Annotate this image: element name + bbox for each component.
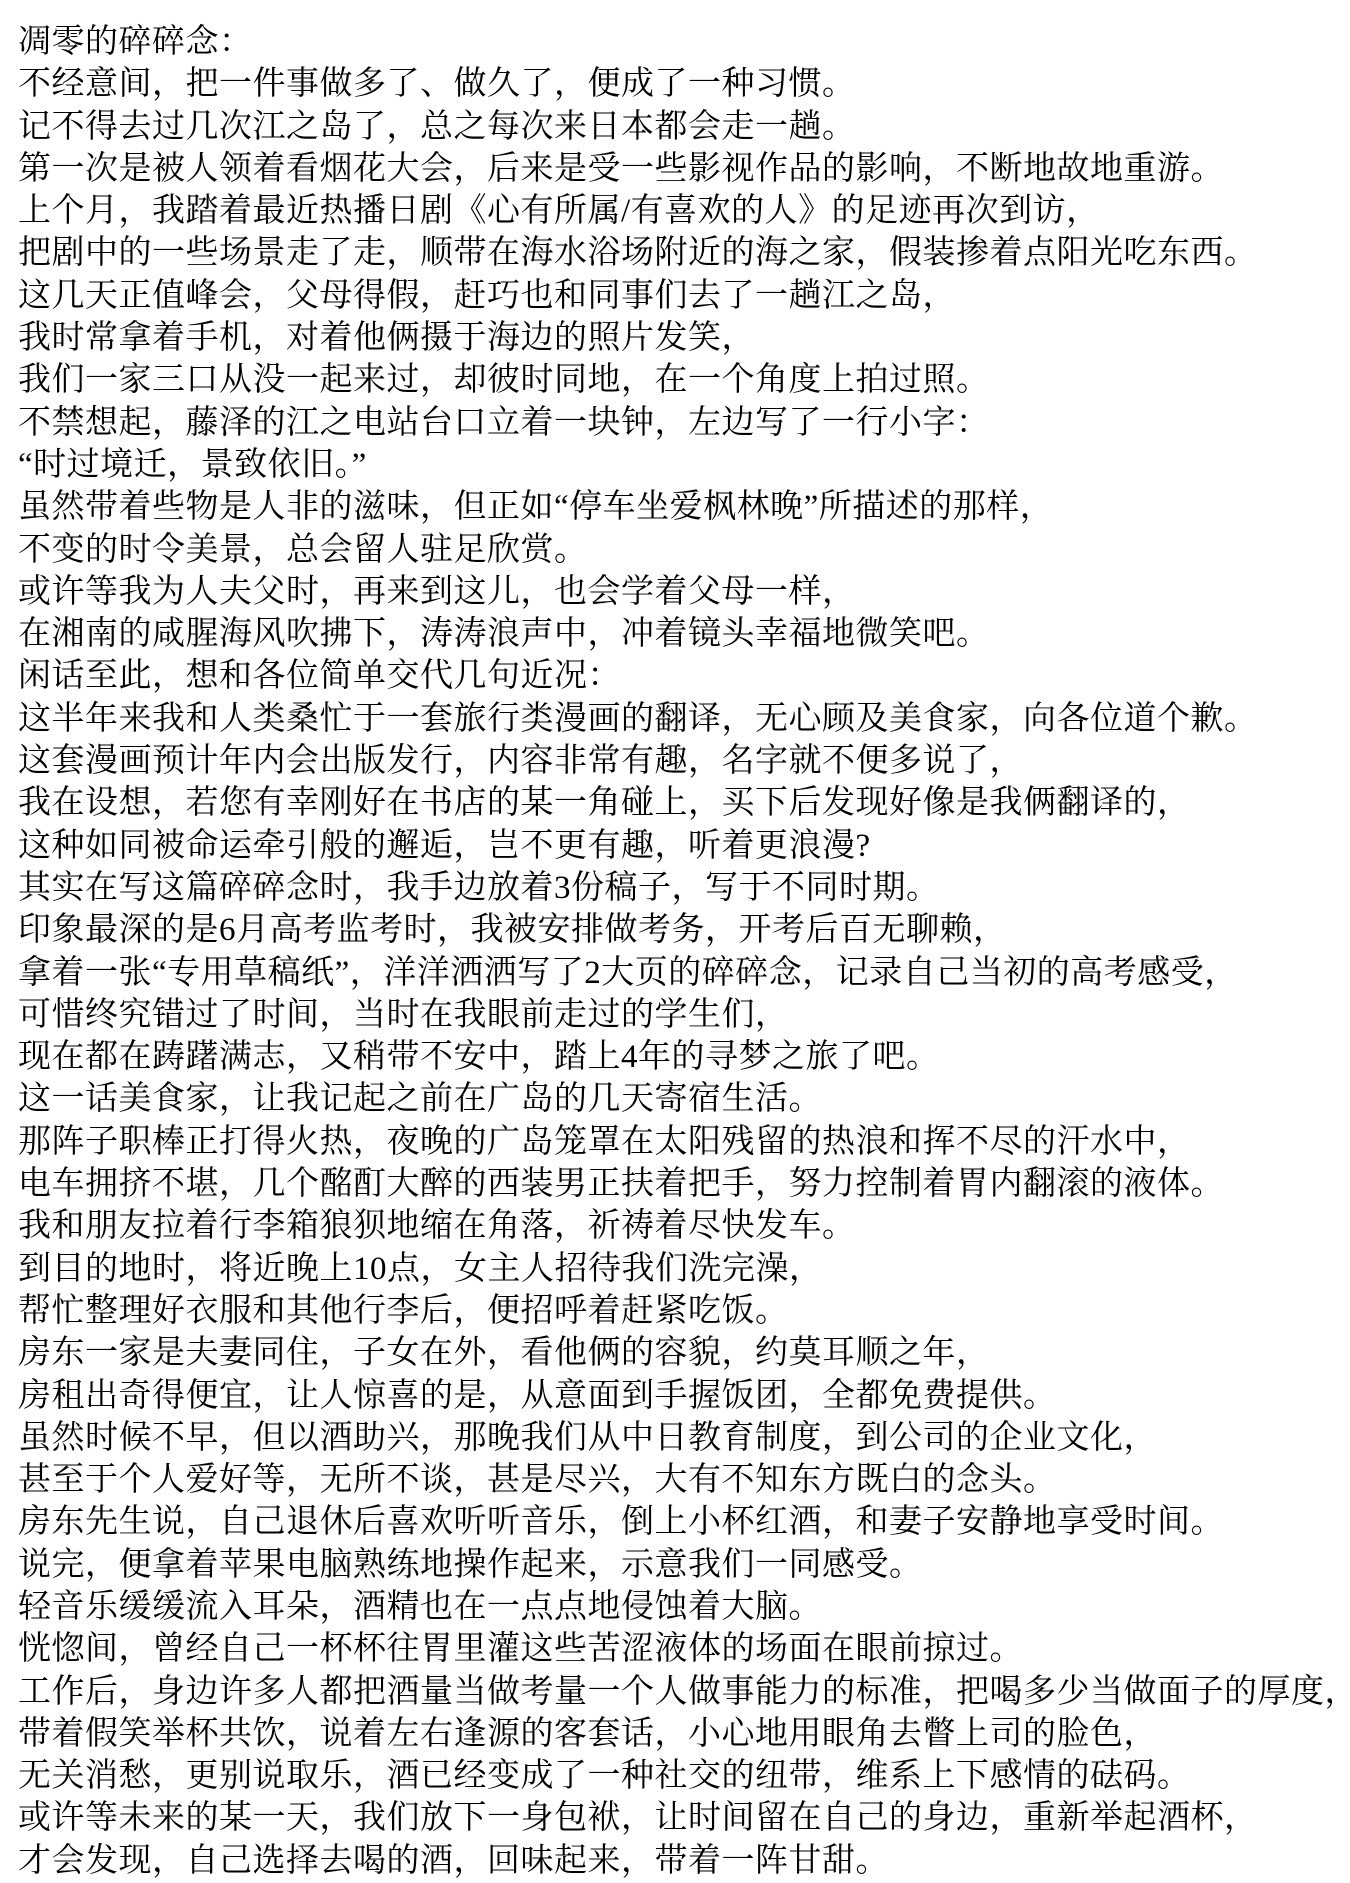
text-line: 现在都在踌躇满志，又稍带不安中，踏上4年的寻梦之旅了吧。: [18, 1036, 1345, 1078]
text-line: 我在设想，若您有幸刚好在书店的某一角碰上，买下后发现好像是我俩翻译的，: [18, 782, 1345, 824]
text-line: 不变的时令美景，总会留人驻足欣赏。: [18, 529, 1345, 571]
text-line: 这半年来我和人类桑忙于一套旅行类漫画的翻译，无心顾及美食家，向各位道个歉。: [18, 698, 1345, 740]
text-line: 不禁想起，藤泽的江之电站台口立着一块钟，左边写了一行小字：: [18, 402, 1345, 444]
text-line: 虽然带着些物是人非的滋味，但正如“停车坐爱枫林晚”所描述的那样，: [18, 486, 1345, 528]
text-line: 或许等未来的某一天，我们放下一身包袱，让时间留在自己的身边，重新举起酒杯，: [18, 1797, 1345, 1839]
text-line: 轻音乐缓缓流入耳朵，酒精也在一点点地侵蚀着大脑。: [18, 1586, 1345, 1628]
text-line: 说完，便拿着苹果电脑熟练地操作起来，示意我们一同感受。: [18, 1544, 1345, 1586]
text-line: 恍惚间，曾经自己一杯杯往胃里灌这些苦涩液体的场面在眼前掠过。: [18, 1628, 1345, 1670]
text-line: 或许等我为人夫父时，再来到这儿，也会学着父母一样，: [18, 571, 1345, 613]
text-line: 房租出奇得便宜，让人惊喜的是，从意面到手握饭团，全都免费提供。: [18, 1375, 1345, 1417]
text-line: 才会发现，自己选择去喝的酒，回味起来，带着一阵甘甜。: [18, 1840, 1345, 1882]
text-line: 在湘南的咸腥海风吹拂下，涛涛浪声中，冲着镜头幸福地微笑吧。: [18, 613, 1345, 655]
text-line: 带着假笑举杯共饮，说着左右逢源的客套话，小心地用眼角去瞥上司的脸色，: [18, 1713, 1345, 1755]
text-line: 工作后，身边许多人都把酒量当做考量一个人做事能力的标准，把喝多少当做面子的厚度，: [18, 1671, 1345, 1713]
text-line: 拿着一张“专用草稿纸”，洋洋洒洒写了2大页的碎碎念，记录自己当初的高考感受，: [18, 952, 1345, 994]
text-line: 这种如同被命运牵引般的邂逅，岂不更有趣，听着更浪漫?: [18, 825, 1345, 867]
text-line: 印象最深的是6月高考监考时，我被安排做考务，开考后百无聊赖，: [18, 909, 1345, 951]
text-line: 记不得去过几次江之岛了，总之每次来日本都会走一趟。: [18, 106, 1345, 148]
text-line: 这几天正值峰会，父母得假，赶巧也和同事们去了一趟江之岛，: [18, 275, 1345, 317]
text-line: 不经意间，把一件事做多了、做久了，便成了一种习惯。: [18, 63, 1345, 105]
text-line: 房东一家是夫妻同住，子女在外，看他俩的容貌，约莫耳顺之年，: [18, 1332, 1345, 1374]
text-line: 那阵子职棒正打得火热，夜晚的广岛笼罩在太阳残留的热浪和挥不尽的汗水中，: [18, 1121, 1345, 1163]
text-line: 甚至于个人爱好等，无所不谈，甚是尽兴，大有不知东方既白的念头。: [18, 1459, 1345, 1501]
text-line: 我时常拿着手机，对着他俩摄于海边的照片发笑，: [18, 317, 1345, 359]
text-line: 我们一家三口从没一起来过，却彼时同地，在一个角度上拍过照。: [18, 359, 1345, 401]
text-line: 虽然时候不早，但以酒助兴，那晚我们从中日教育制度，到公司的企业文化，: [18, 1417, 1345, 1459]
document-body: 凋零的碎碎念：不经意间，把一件事做多了、做久了，便成了一种习惯。记不得去过几次江…: [18, 21, 1345, 1882]
text-line: 可惜终究错过了时间，当时在我眼前走过的学生们，: [18, 994, 1345, 1036]
text-line: 房东先生说，自己退休后喜欢听听音乐，倒上小杯红酒，和妻子安静地享受时间。: [18, 1501, 1345, 1543]
text-line: 这套漫画预计年内会出版发行，内容非常有趣，名字就不便多说了，: [18, 740, 1345, 782]
document-page: 凋零的碎碎念：不经意间，把一件事做多了、做久了，便成了一种习惯。记不得去过几次江…: [0, 0, 1350, 1883]
text-line: 我和朋友拉着行李箱狼狈地缩在角落，祈祷着尽快发车。: [18, 1205, 1345, 1247]
text-line: 其实在写这篇碎碎念时，我手边放着3份稿子，写于不同时期。: [18, 867, 1345, 909]
text-line: 到目的地时，将近晚上10点，女主人招待我们洗完澡，: [18, 1248, 1345, 1290]
text-line: 帮忙整理好衣服和其他行李后，便招呼着赶紧吃饭。: [18, 1290, 1345, 1332]
text-line: “时过境迁，景致依旧。”: [18, 444, 1345, 486]
text-line: 把剧中的一些场景走了走，顺带在海水浴场附近的海之家，假装掺着点阳光吃东西。: [18, 232, 1345, 274]
document-title-line: 凋零的碎碎念：: [18, 21, 1345, 63]
text-line: 上个月，我踏着最近热播日剧《心有所属/有喜欢的人》的足迹再次到访，: [18, 190, 1345, 232]
text-line: 无关消愁，更别说取乐，酒已经变成了一种社交的纽带，维系上下感情的砝码。: [18, 1755, 1345, 1797]
text-line: 电车拥挤不堪，几个酩酊大醉的西装男正扶着把手，努力控制着胃内翻滚的液体。: [18, 1163, 1345, 1205]
text-line: 这一话美食家，让我记起之前在广岛的几天寄宿生活。: [18, 1078, 1345, 1120]
text-line: 第一次是被人领着看烟花大会，后来是受一些影视作品的影响，不断地故地重游。: [18, 148, 1345, 190]
text-line: 闲话至此，想和各位简单交代几句近况：: [18, 655, 1345, 697]
